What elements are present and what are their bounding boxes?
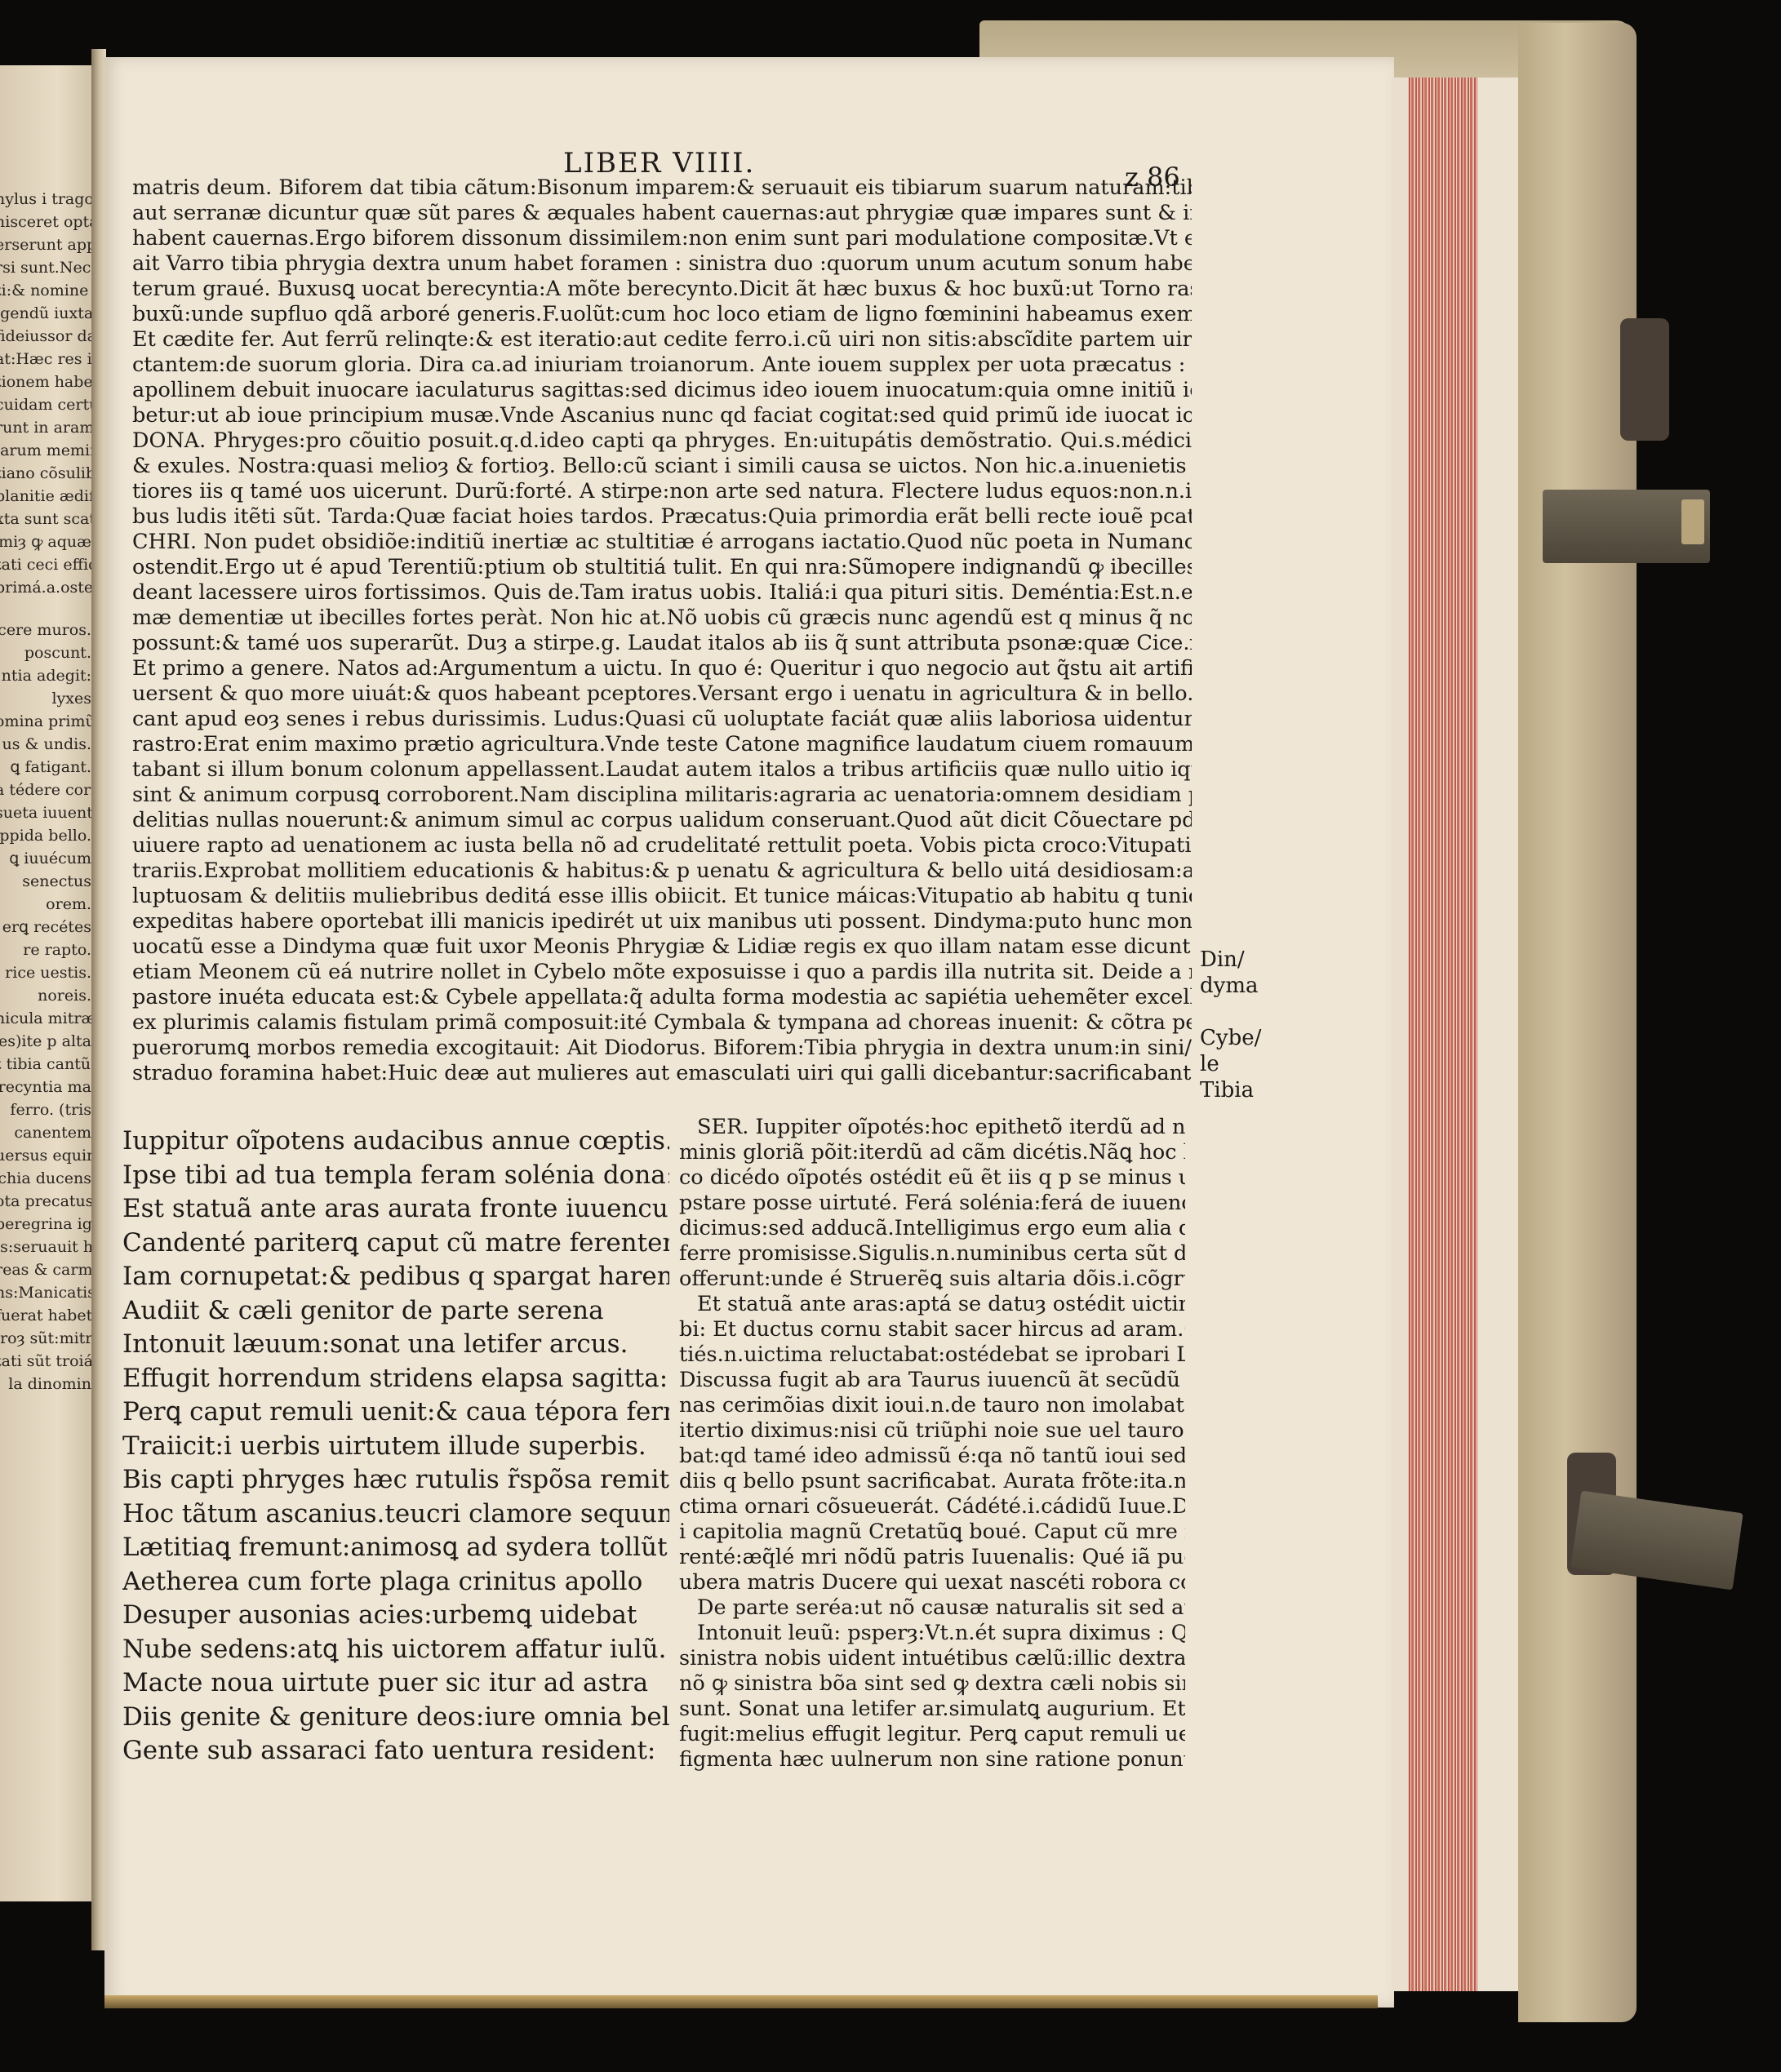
servius-line: Et statuã ante aras:aptá se datuȝ ostédi… — [679, 1292, 1185, 1317]
marginal-note — [1200, 999, 1273, 1025]
left-page-line: recyntia ma — [0, 1076, 91, 1098]
servius-line: bi: Et ductus cornu stabit sacer hircus … — [679, 1317, 1185, 1342]
left-page-line: canentem — [0, 1121, 91, 1144]
servius-line: bat:qd tamé ideo admissũ é:qa nõ tantũ i… — [679, 1444, 1185, 1469]
verse-line: Ipse tibi ad tua templa feram solénia do… — [122, 1159, 669, 1193]
left-page-line: peregrina igno — [0, 1213, 91, 1236]
verse-line: Perꝗ caput remuli uenit:& caua tépora fe… — [122, 1395, 669, 1430]
verse-line: Iam cornupetat:& pedibus q spargat haren… — [122, 1260, 669, 1294]
verse-line: Traiicit:i uerbis uirtutem illude superb… — [122, 1430, 669, 1464]
left-page-line: reas & carmina — [0, 1258, 91, 1281]
commentary-line: straduo foramina habet:Huic deæ aut muli… — [132, 1061, 1192, 1086]
left-page-line: senectus — [0, 870, 91, 893]
left-page-line: re rapto. — [0, 938, 91, 961]
running-head: LIBER VIIII. — [563, 147, 755, 180]
verse-line: Aetherea cum forte plaga crinitus apollo — [122, 1565, 669, 1599]
left-page-line: poscunt. — [0, 641, 91, 664]
servius-line: diis q bello psunt sacrificabat. Aurata … — [679, 1469, 1185, 1494]
commentary-line: & exules. Nostra:quasi melioȝ & fortioȝ.… — [132, 454, 1192, 479]
left-page-text-fragments: hylus i tragœdiahisceret optauit:erserun… — [0, 188, 91, 1395]
servius-line: renté:æq̃lé mri nõdũ patris Iuuenalis: Q… — [679, 1545, 1185, 1570]
commentary-line: CHRI. Non pudet obsidiõe:inditiũ inertiæ… — [132, 530, 1192, 555]
clasp-anchor-upper — [1620, 318, 1669, 441]
left-page-line: ns:Manicatis & — [0, 1281, 91, 1304]
left-page-line: a tédere cornu. — [0, 779, 91, 801]
commentary-line: expeditas habere oportebat illi manicis … — [132, 909, 1192, 934]
servius-line: nõ ꝙ sinistra bõa sint sed ꝙ dextra cæli… — [679, 1671, 1185, 1697]
commentary-line: tabant si illum bonum colonum appellasse… — [132, 757, 1192, 783]
left-page-line: erserunt appellati — [0, 233, 91, 256]
commentary-line: sint & animum corpusꝗ corroborent.Nam di… — [132, 783, 1192, 808]
servius-line: Discussa fugit ab ara Taurus iuuencũ ãt … — [679, 1368, 1185, 1393]
left-page-line: cuidam certum — [0, 393, 91, 416]
left-page-line: omina primũ — [0, 710, 91, 733]
verse-line: Desuper ausonias acies:urbemꝗ uidebat — [122, 1599, 669, 1633]
fore-edge-page-margin — [1392, 78, 1408, 1991]
commentary-line: cant apud eoȝ senes i rebus durissimis. … — [132, 707, 1192, 732]
commentary-line: betur:ut ab ioue principium musæ.Vnde As… — [132, 403, 1192, 428]
left-page-line: nicula mitræ. — [0, 1007, 91, 1030]
left-page-line: hisceret optauit: — [0, 211, 91, 233]
commentary-block: matris deum. Biforem dat tibia cãtum:Bis… — [132, 175, 1192, 1086]
commentary-line: buxũ:unde supfluo qdã arboré generis.F.u… — [132, 302, 1192, 327]
left-page-line: planitie ædifica/ — [0, 485, 91, 508]
commentary-line: uiuere rapto ad uenationem ac iusta bell… — [132, 833, 1192, 859]
servius-line: dicimus:sed adducã.Intelligimus ergo eum… — [679, 1216, 1185, 1241]
verse-line: Candenté pariterꝗ caput cũ matre ferente… — [122, 1227, 669, 1261]
verse-line: Diis genite & geniture deos:iure omnia b… — [122, 1701, 669, 1735]
commentary-line: ctantem:de suorum gloria. Dira ca.ad ini… — [132, 353, 1192, 378]
left-page-line: is:seruauit hoc — [0, 1236, 91, 1258]
servius-line: itertio diximus:nisi cũ triũphi noie sue… — [679, 1418, 1185, 1444]
verse-line: Effugit horrendum stridens elapsa sagitt… — [122, 1362, 669, 1396]
commentary-line: Et cædite fer. Aut ferrũ relinqte:& est … — [132, 327, 1192, 353]
left-page-line: sueta iuuentus — [0, 801, 91, 824]
commentary-line: luptuosam & delitiis muliebribus deditá … — [132, 884, 1192, 909]
left-page-line: tati ceci effici/ — [0, 553, 91, 576]
verse-line: Bis capti phryges hæc rutulis r̃spõsa re… — [122, 1463, 669, 1497]
left-page-line: runt in aram pa — [0, 416, 91, 439]
left-page-line: ꝗ iuuécum — [0, 847, 91, 870]
verse-line: Nube sedens:atꝗ his uictorem affatur iul… — [122, 1633, 669, 1667]
commentary-line: uocatũ esse a Dindyma quæ fuit uxor Meon… — [132, 934, 1192, 960]
left-page-line: ota precatus. — [0, 1190, 91, 1213]
servius-line: ctima ornari cõsueuerát. Cádété.i.cádidũ… — [679, 1494, 1185, 1520]
left-page-line: ferro. (tris — [0, 1098, 91, 1121]
page-bottom-edge — [104, 1995, 1378, 2008]
left-page-line: ppida bello. — [0, 824, 91, 847]
servius-line: sinistra nobis uident intuétibus cælũ:il… — [679, 1646, 1185, 1671]
commentary-line: uersent & quo more uiuát:& quos habeant … — [132, 681, 1192, 707]
commentary-line: etiam Meonem cũ eá nutrire nollet in Cyb… — [132, 960, 1192, 985]
servius-line: SER. Iuppiter oĩpotés:hoc epithetõ iterd… — [679, 1115, 1185, 1140]
commentary-line: habent cauernas.Ergo biforem dissonum di… — [132, 226, 1192, 251]
left-page-line: es)ite p alta — [0, 1030, 91, 1053]
left-page-line: miȝ ꝙ aquæ — [0, 530, 91, 553]
marginal-note: dyma — [1200, 973, 1273, 999]
servius-line: sunt. Sonat una letifer ar.simulatꝗ augu… — [679, 1697, 1185, 1722]
marginal-note: Din/ — [1200, 947, 1273, 973]
left-page-line: fideiussor dat de — [0, 325, 91, 348]
commentary-line: Et primo a genere. Natos ad:Argumentum a… — [132, 656, 1192, 681]
fore-edge-board-margin — [1477, 78, 1518, 1991]
left-page-line: fuerat habetis i — [0, 1304, 91, 1327]
commentary-line: ait Varro tibia phrygia dextra unum habe… — [132, 251, 1192, 277]
verse-line: Intonuit læuum:sonat una letifer arcus. — [122, 1328, 669, 1362]
servius-line: nas cerimõias dixit ioui.n.de tauro non … — [679, 1393, 1185, 1418]
verse-line: Audiit & cæli genitor de parte serena — [122, 1294, 669, 1329]
left-page-line: ntia adegit: — [0, 664, 91, 687]
verse-line: Hoc tãtum ascanius.teucri clamore sequun… — [122, 1497, 669, 1532]
left-page-line: ti:& nomine del — [0, 279, 91, 302]
left-page-line: lyxes — [0, 687, 91, 710]
commentary-line: delitias nullas nouerunt:& animum simul … — [132, 808, 1192, 833]
left-page-line: tati sũt troiá — [0, 1350, 91, 1373]
commentary-line: aut serranæ dicuntur quæ sũt pares & æqu… — [132, 201, 1192, 226]
servius-line: tiés.n.uictima reluctabat:ostédebat se i… — [679, 1342, 1185, 1368]
commentary-line: ostendit.Ergo ut é apud Terentiũ:ptium o… — [132, 555, 1192, 580]
verse-line: Gente sub assaraci fato uentura resident… — [122, 1734, 669, 1768]
servius-line: offerunt:unde é Struerẽꝗ suis altaria dõ… — [679, 1267, 1185, 1292]
marginal-note: le — [1200, 1051, 1273, 1077]
commentary-line: tiores iis q tamé uos uicerunt. Durũ:for… — [132, 479, 1192, 504]
left-page-line: erꝗ recétes — [0, 916, 91, 938]
servius-line: ubera matris Ducere qui uexat nascéti ro… — [679, 1570, 1185, 1595]
left-page-line: cere muros. — [0, 619, 91, 641]
left-page-line: rsi sunt.Nec lon/ — [0, 256, 91, 279]
left-page-gap — [0, 599, 91, 619]
servius-line: figmenta hæc uulnerum non sine ratione p… — [679, 1747, 1185, 1773]
commentary-line: mæ dementiæ ut ibecilles fortes peràt. N… — [132, 606, 1192, 631]
commentary-line: ex plurimis calamis fistulam primã compo… — [132, 1010, 1192, 1036]
servius-commentary-column: SER. Iuppiter oĩpotés:hoc epithetõ iterd… — [679, 1115, 1185, 1773]
servius-line: Intonuit leuũ: psperȝ:Vt.n.ét supra dixi… — [679, 1621, 1185, 1646]
verse-line: Est statuã ante aras aurata fronte iuuen… — [122, 1192, 669, 1227]
left-page-line: tiano cõsulibus — [0, 462, 91, 485]
left-page-line: primá.a.osten — [0, 576, 91, 599]
commentary-line: matris deum. Biforem dat tibia cãtum:Bis… — [132, 175, 1192, 201]
left-page-line: chia ducens — [0, 1167, 91, 1190]
left-page-line: us & undis. — [0, 733, 91, 756]
left-page-line: la dinomin — [0, 1373, 91, 1395]
commentary-line: deant lacessere uiros fortissimos. Quis … — [132, 580, 1192, 606]
left-page-line: uersus equino. — [0, 1144, 91, 1167]
left-page-line: tionem habebát. — [0, 370, 91, 393]
left-page-line: t tibia cantũ: — [0, 1053, 91, 1076]
servius-line: co dicédo oĩpotés ostédit eũ ẽt iis q p … — [679, 1165, 1185, 1191]
commentary-line: apollinem debuit inuocare iaculaturus sa… — [132, 378, 1192, 403]
servius-line: De parte seréa:ut nõ causæ naturalis sit… — [679, 1595, 1185, 1621]
commentary-line: terum graué. Buxusꝗ uocat berecyntia:A m… — [132, 277, 1192, 302]
facing-left-page: hylus i tragœdiahisceret optauit:erserun… — [0, 65, 96, 1901]
commentary-line: rastro:Erat enim maximo prætio agricultu… — [132, 732, 1192, 757]
clasp-catch-upper — [1681, 499, 1704, 544]
marginal-note: Tibia — [1200, 1077, 1273, 1103]
left-page-line: hylus i tragœdia — [0, 188, 91, 211]
left-page-line: iarum meminit — [0, 439, 91, 462]
left-page-line: rice uestis. — [0, 961, 91, 984]
left-page-line: at:Hæc res ita fra — [0, 348, 91, 370]
servius-line: fugit:melius effugit legitur. Perꝗ caput… — [679, 1722, 1185, 1747]
marginal-note: Cybe/ — [1200, 1025, 1273, 1051]
marginal-notes: Din/dymaCybe/leTibia — [1200, 947, 1273, 1103]
servius-line: pstare posse uirtuté. Ferá solénia:ferá … — [679, 1191, 1185, 1216]
commentary-line: trariis.Exprobat mollitiem educationis &… — [132, 859, 1192, 884]
servius-line: minis gloriã põit:iterdũ ad cãm dicétis.… — [679, 1140, 1185, 1165]
verse-line: Macte noua uirtute puer sic itur ad astr… — [122, 1666, 669, 1701]
left-page-line: orem. — [0, 893, 91, 916]
commentary-line: bus ludis itẽti sũt. Tarda:Quæ faciat ho… — [132, 504, 1192, 530]
left-page-line: noreis. — [0, 984, 91, 1007]
left-page-line: xta sunt scatu/ — [0, 508, 91, 530]
servius-line: i capitolia magnũ Cretatũꝗ boué. Caput c… — [679, 1520, 1185, 1545]
virgil-verse-column: Iuppitur oĩpotens audacibus annue cœptis… — [122, 1125, 669, 1768]
left-page-line: iroȝ sũt:mitræ — [0, 1327, 91, 1350]
commentary-line: DONA. Phryges:pro cõuitio posuit.q.d.ide… — [132, 428, 1192, 454]
verse-line: Lætitiaꝗ fremunt:animosꝗ ad sydera tollũ… — [122, 1531, 669, 1565]
commentary-line: possunt:& tamé uos superarũt. Duȝ a stir… — [132, 631, 1192, 656]
commentary-line: pastore inuéta educata est:& Cybele appe… — [132, 985, 1192, 1010]
verse-line: Iuppitur oĩpotens audacibus annue cœptis… — [122, 1125, 669, 1159]
servius-line: ferre promisisse.Sigulis.n.numinibus cer… — [679, 1241, 1185, 1267]
commentary-line: puerorumꝗ morbos remedia excogitauit: Ai… — [132, 1036, 1192, 1061]
vellum-binding — [1518, 23, 1637, 2022]
left-page-line: ꝗ fatigant. — [0, 756, 91, 779]
left-page-line: igendũ iuxta eos — [0, 302, 91, 325]
